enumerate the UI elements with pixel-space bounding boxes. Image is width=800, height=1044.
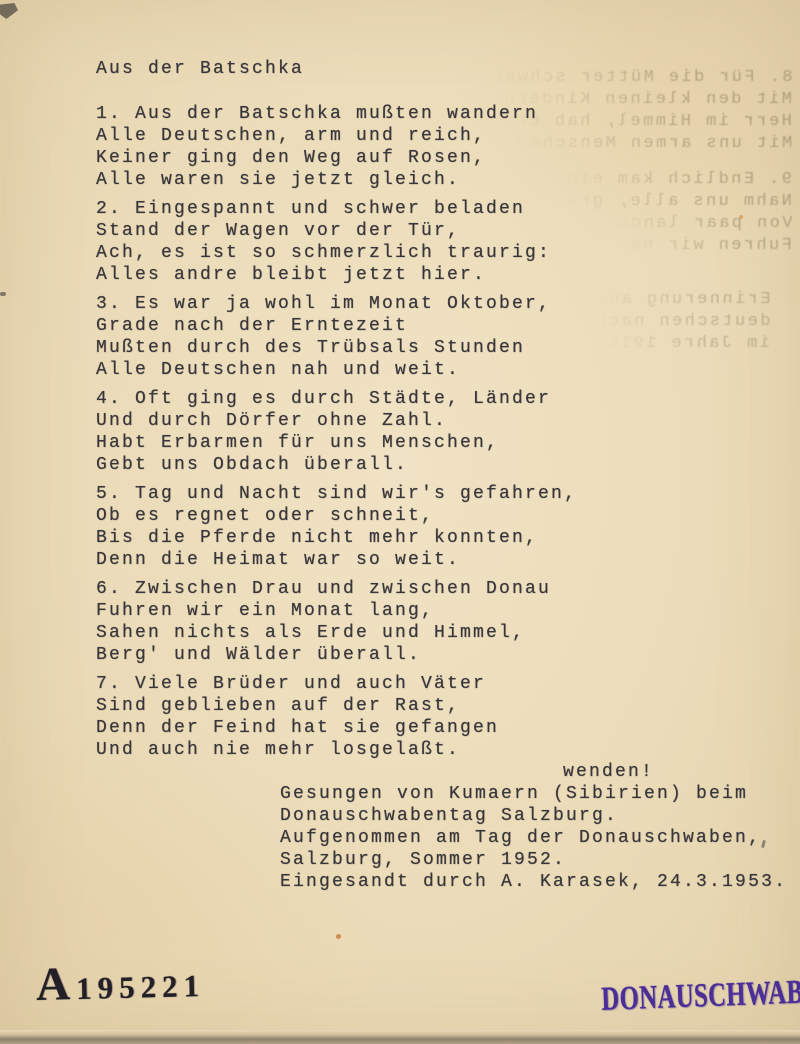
- donauschwaben-stamp: DONAUSCHWAB-: [601, 974, 800, 1019]
- corner-ink-mark: [0, 3, 18, 19]
- stanza-5: 5. Tag und Nacht sind wir's gefahren, Ob…: [96, 483, 756, 571]
- poem-line: Und auch nie mehr losgelaßt.: [96, 739, 756, 761]
- poem-line: Sind geblieben auf der Rast,: [96, 695, 756, 717]
- archive-number-stamp: A195221: [35, 954, 205, 1012]
- song-title: Aus der Batschka: [96, 58, 756, 80]
- poem-line: Ach, es ist so schmerzlich traurig:: [96, 242, 756, 264]
- stanza-7: 7. Viele Brüder und auch Väter Sind gebl…: [96, 673, 756, 761]
- poem-line: 1. Aus der Batschka mußten wandern: [96, 103, 756, 125]
- stanza-6: 6. Zwischen Drau und zwischen Donau Fuhr…: [96, 578, 756, 666]
- edge-ink-mark: [0, 292, 6, 296]
- poem-line: Stand der Wagen vor der Tür,: [96, 220, 756, 242]
- stanza-2: 2. Eingespannt und schwer beladen Stand …: [96, 198, 756, 286]
- poem-line: Alle waren sie jetzt gleich.: [96, 169, 756, 191]
- provenance-line: Eingesandt durch A. Karasek, 24.3.1953.: [280, 871, 756, 893]
- poem-line: Fuhren wir ein Monat lang,: [96, 600, 756, 622]
- poem-line: 4. Oft ging es durch Städte, Länder: [96, 388, 756, 410]
- poem-line: Habt Erbarmen für uns Menschen,: [96, 432, 756, 454]
- paper-speck: [336, 934, 341, 939]
- provenance-line: Gesungen von Kumaern (Sibirien) beim: [280, 783, 756, 805]
- provenance-line: Donauschwabentag Salzburg.: [280, 805, 756, 827]
- poem-line: 5. Tag und Nacht sind wir's gefahren,: [96, 483, 756, 505]
- paper-speck: [739, 215, 743, 219]
- poem-line: Alles andre bleibt jetzt hier.: [96, 264, 756, 286]
- poem-line: 7. Viele Brüder und auch Väter: [96, 673, 756, 695]
- paper-speck: [761, 840, 766, 848]
- poem-line: Ob es regnet oder schneit,: [96, 505, 756, 527]
- poem-line: Sahen nichts als Erde und Himmel,: [96, 622, 756, 644]
- poem-line: Und durch Dörfer ohne Zahl.: [96, 410, 756, 432]
- poem-line: Bis die Pferde nicht mehr konnten,: [96, 527, 756, 549]
- typewritten-text: Aus der Batschka 1. Aus der Batschka muß…: [96, 58, 756, 893]
- provenance-line: Aufgenommen am Tag der Donauschwaben,: [280, 827, 756, 849]
- poem-line: Berg' und Wälder überall.: [96, 644, 756, 666]
- scanned-document-page: 8. Für die Mütter schwer Mit den kleinen…: [0, 0, 800, 1044]
- poem-line: 3. Es war ja wohl im Monat Oktober,: [96, 293, 756, 315]
- poem-line: Gebt uns Obdach überall.: [96, 454, 756, 476]
- poem-line: Keiner ging den Weg auf Rosen,: [96, 147, 756, 169]
- turn-over-note: wenden!: [563, 761, 756, 783]
- poem-line: 6. Zwischen Drau und zwischen Donau: [96, 578, 756, 600]
- poem-line: Grade nach der Erntezeit: [96, 315, 756, 337]
- poem-line: Denn die Heimat war so weit.: [96, 549, 756, 571]
- stanza-1: 1. Aus der Batschka mußten wandern Alle …: [96, 103, 756, 191]
- poem-line: 2. Eingespannt und schwer beladen: [96, 198, 756, 220]
- stanza-3: 3. Es war ja wohl im Monat Oktober, Grad…: [96, 293, 756, 381]
- poem-line: Alle Deutschen, arm und reich,: [96, 125, 756, 147]
- stanza-4: 4. Oft ging es durch Städte, Länder Und …: [96, 388, 756, 476]
- provenance-line: Salzburg, Sommer 1952.: [280, 849, 756, 871]
- poem-line: Mußten durch des Trübsals Stunden: [96, 337, 756, 359]
- scan-bottom-edge: [0, 1030, 800, 1044]
- poem-line: Denn der Feind hat sie gefangen: [96, 717, 756, 739]
- poem-line: Alle Deutschen nah und weit.: [96, 359, 756, 381]
